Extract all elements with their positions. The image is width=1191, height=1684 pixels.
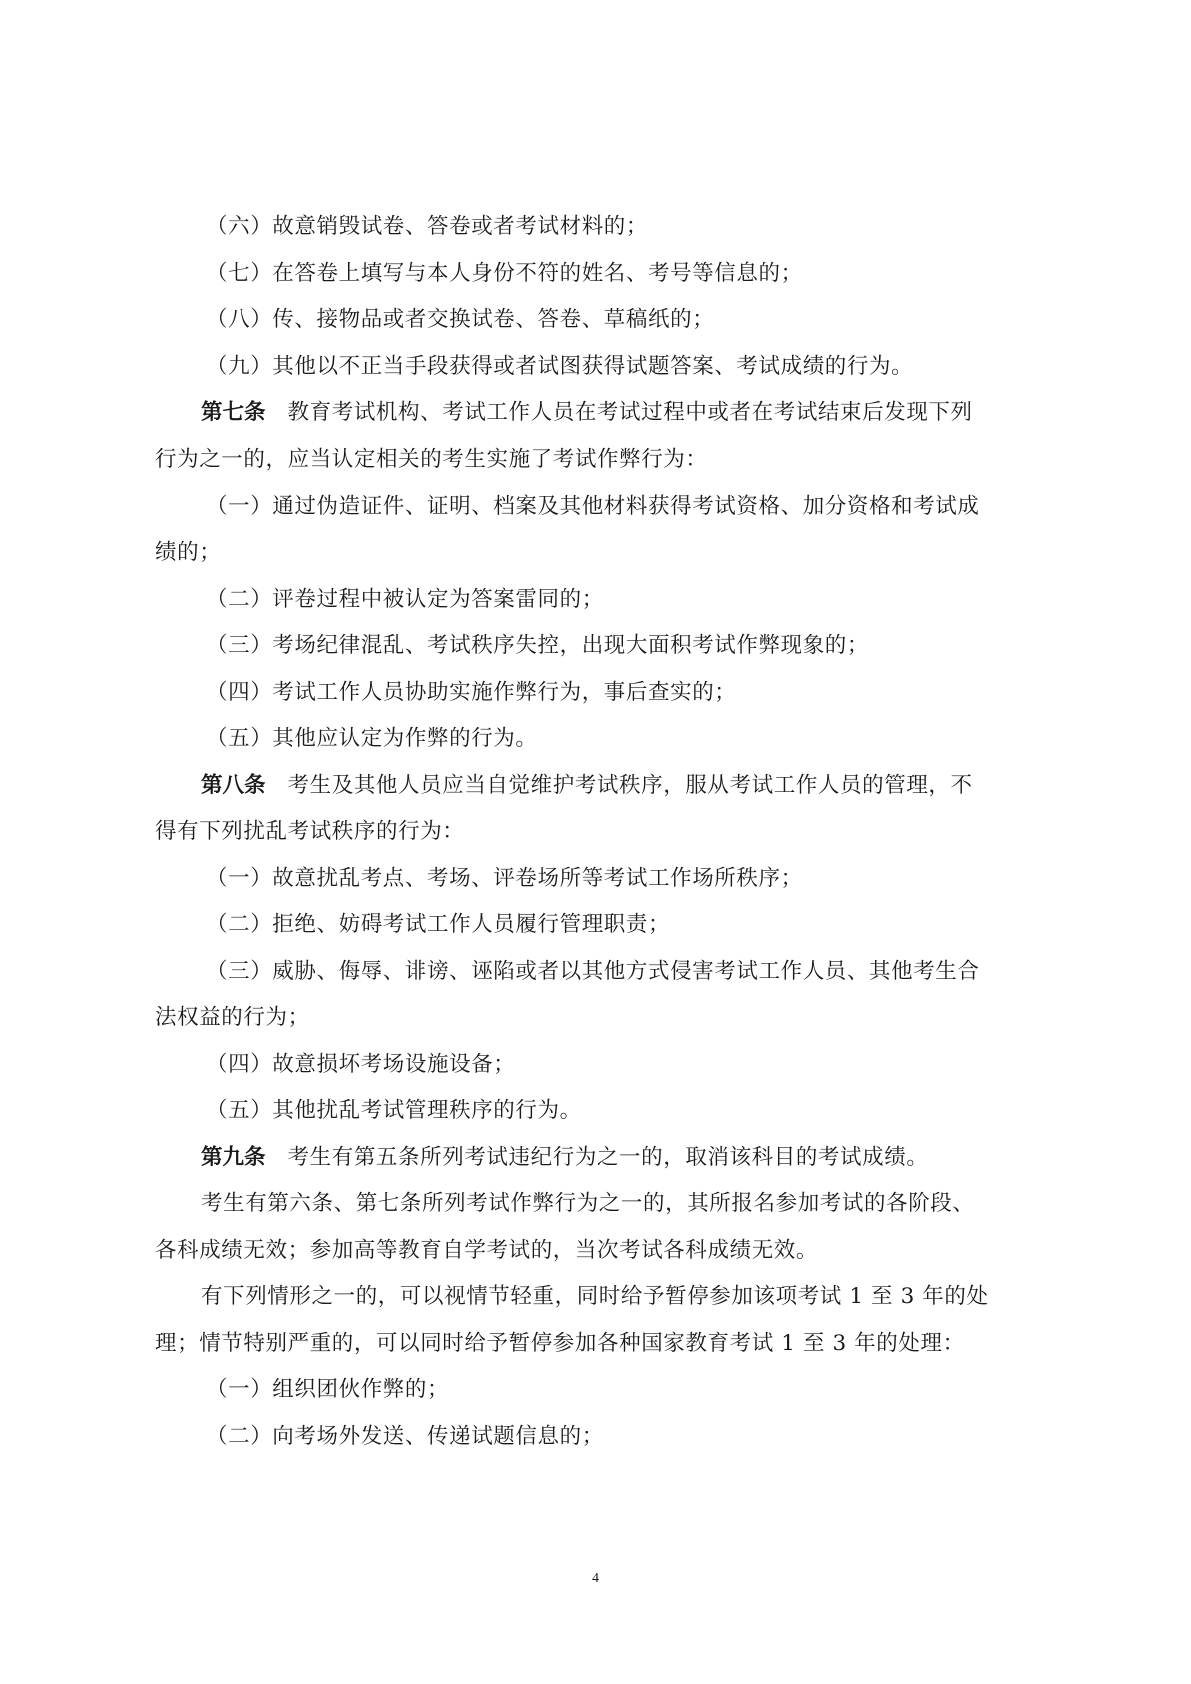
article-text: 考生有第五条所列考试违纪行为之一的，取消该科目的考试成绩。 — [288, 1145, 929, 1170]
article-label: 第八条 — [201, 773, 266, 798]
paragraph: 考生有第六条、第七条所列考试作弊行为之一的，其所报名参加考试的各阶段、 — [201, 1189, 975, 1219]
article-paragraph: 第八条考生及其他人员应当自觉维护考试秩序，服从考试工作人员的管理，不 — [201, 771, 973, 801]
paragraph-continuation: 绩的； — [155, 538, 221, 568]
article-paragraph: 第七条教育考试机构、考试工作人员在考试过程中或者在考试结束后发现下列 — [201, 398, 973, 428]
article-paragraph: 第九条考生有第五条所列考试违纪行为之一的，取消该科目的考试成绩。 — [201, 1143, 928, 1173]
paragraph: 有下列情形之一的，可以视情节轻重，同时给予暂停参加该项考试 1 至 3 年的处 — [201, 1282, 989, 1312]
list-item: （四）故意损坏考场设施设备； — [206, 1050, 515, 1080]
paragraph-continuation: 得有下列扰乱考试秩序的行为： — [155, 817, 464, 847]
paragraph-continuation: 行为之一的，应当认定相关的考生实施了考试作弊行为： — [155, 445, 708, 475]
list-item: （七）在答卷上填写与本人身份不符的姓名、考号等信息的； — [206, 259, 803, 289]
list-item: （二）向考场外发送、传递试题信息的； — [206, 1422, 604, 1452]
list-item: （二）拒绝、妨碍考试工作人员履行管理职责； — [206, 910, 670, 940]
article-text: 考生及其他人员应当自觉维护考试秩序，服从考试工作人员的管理，不 — [288, 773, 973, 798]
list-item: （八）传、接物品或者交换试卷、答卷、草稿纸的； — [206, 305, 714, 335]
list-item: （六）故意销毁试卷、答卷或者考试材料的； — [206, 212, 648, 242]
list-item: （五）其他扰乱考试管理秩序的行为。 — [206, 1096, 582, 1126]
list-item: （二）评卷过程中被认定为答案雷同的； — [206, 585, 604, 615]
list-item: （四）考试工作人员协助实施作弊行为，事后查实的； — [206, 678, 736, 708]
list-item: （三）威胁、侮辱、诽谤、诬陷或者以其他方式侵害考试工作人员、其他考生合 — [206, 957, 980, 987]
list-item: （九）其他以不正当手段获得或者试图获得试题答案、考试成绩的行为。 — [206, 352, 913, 382]
document-page: （六）故意销毁试卷、答卷或者考试材料的；（七）在答卷上填写与本人身份不符的姓名、… — [0, 0, 1191, 1684]
list-item: （三）考场纪律混乱、考试秩序失控，出现大面积考试作弊现象的； — [206, 631, 869, 661]
article-label: 第九条 — [201, 1145, 266, 1170]
paragraph-continuation: 各科成绩无效；参加高等教育自学考试的，当次考试各科成绩无效。 — [155, 1236, 818, 1266]
article-label: 第七条 — [201, 400, 266, 425]
list-item: （一）组织团伙作弊的； — [206, 1375, 449, 1405]
paragraph-continuation: 法权益的行为； — [155, 1003, 310, 1033]
list-item: （一）通过伪造证件、证明、档案及其他材料获得考试资格、加分资格和考试成 — [206, 492, 980, 522]
article-text: 教育考试机构、考试工作人员在考试过程中或者在考试结束后发现下列 — [288, 400, 973, 425]
paragraph-continuation: 理；情节特别严重的，可以同时给予暂停参加各种国家教育考试 1 至 3 年的处理： — [155, 1329, 965, 1359]
list-item: （一）故意扰乱考点、考场、评卷场所等考试工作场所秩序； — [206, 864, 803, 894]
list-item: （五）其他应认定为作弊的行为。 — [206, 724, 538, 754]
page-number: 4 — [0, 1571, 1191, 1587]
